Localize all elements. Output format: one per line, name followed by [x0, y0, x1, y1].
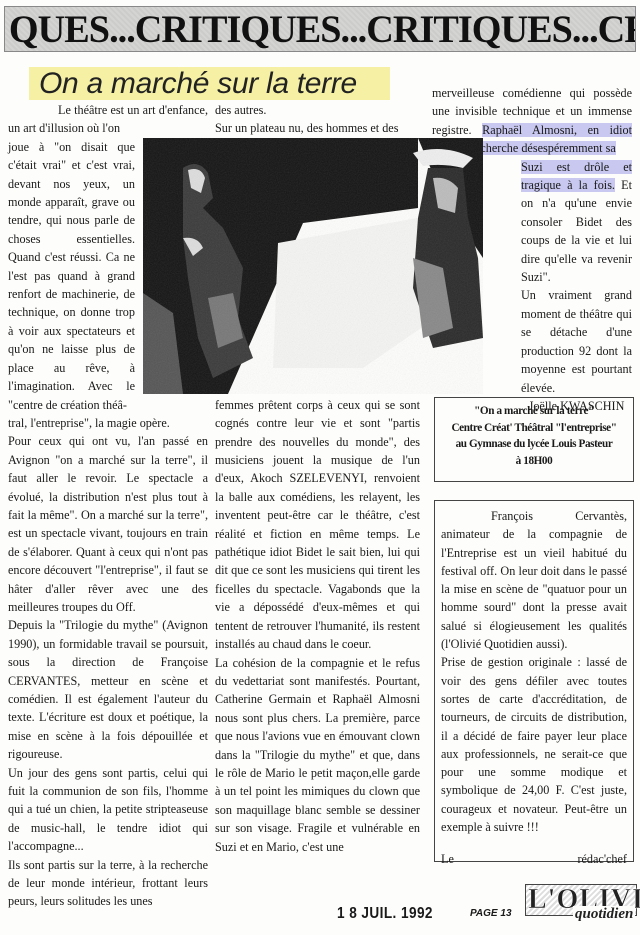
stage-photo [143, 138, 483, 394]
paragraph: joue à "on disait que c'était vrai" et c… [8, 138, 135, 414]
article-headline: On a marché sur la terre [29, 67, 390, 100]
page-number: PAGE 13 [470, 908, 512, 919]
info-time: à 18H00 [435, 453, 633, 470]
paragraph: Pour ceux qui ont vu, l'an passé en Avig… [8, 432, 208, 616]
paragraph: Ils sont partis sur la terre, à la reche… [8, 856, 208, 911]
paragraph: tral, l'entreprise", la magie opère. [8, 414, 208, 432]
newspaper-logo: L'OLIVIE quotidien [525, 884, 637, 930]
publication-date: 1 8 JUIL. 1992 [337, 905, 433, 923]
paragraph: Un vraiment grand moment de théâtre qui … [521, 286, 632, 396]
signature-left: Le [441, 850, 454, 868]
paragraph: Et on n'a qu'une envie consoler Bidet de… [521, 178, 632, 284]
show-info-box: "On a marché sur la terre" Centre Créat'… [434, 397, 634, 482]
paragraph: Sur un plateau nu, des hommes et des [215, 119, 420, 137]
paragraph: Un jour des gens sont partis, celui qui … [8, 764, 208, 856]
paragraph: femmes prêtent corps à ceux qui se sont … [215, 396, 420, 654]
photo-image [143, 138, 483, 394]
paragraph: La cohésion de la compagnie et le refus … [215, 654, 420, 856]
info-venue: au Gymnase du lycée Louis Pasteur [435, 436, 633, 453]
editor-note-box: François Cervantès, animateur de la comp… [434, 500, 634, 862]
signature-right: rédac'chef [577, 850, 627, 868]
paragraph: Le théâtre est un art d'enfance, un art … [8, 101, 208, 138]
banner-text: QUES...CRITIQUES...CRITIQUES...CRITIQU [5, 7, 622, 52]
paragraph: Prise de gestion originale : lassé de vo… [441, 653, 627, 836]
info-company: Centre Créat' Théâtral "l'entreprise" [435, 420, 633, 437]
highlighted-text: Suzi est drôle et tragique à la fois. [521, 160, 632, 192]
info-title: "On a marché sur la terre" [435, 403, 633, 420]
paragraph: Depuis la "Trilogie du mythe" (Avignon 1… [8, 616, 208, 763]
section-banner: QUES...CRITIQUES...CRITIQUES...CRITIQU [4, 6, 636, 52]
headline-text: On a marché sur la terre [29, 67, 390, 100]
paragraph: des autres. [215, 101, 420, 119]
editor-signature: Le rédac'chef [441, 850, 627, 868]
logo-subtitle: quotidien [573, 906, 635, 923]
paragraph: François Cervantès, animateur de la comp… [441, 507, 627, 653]
